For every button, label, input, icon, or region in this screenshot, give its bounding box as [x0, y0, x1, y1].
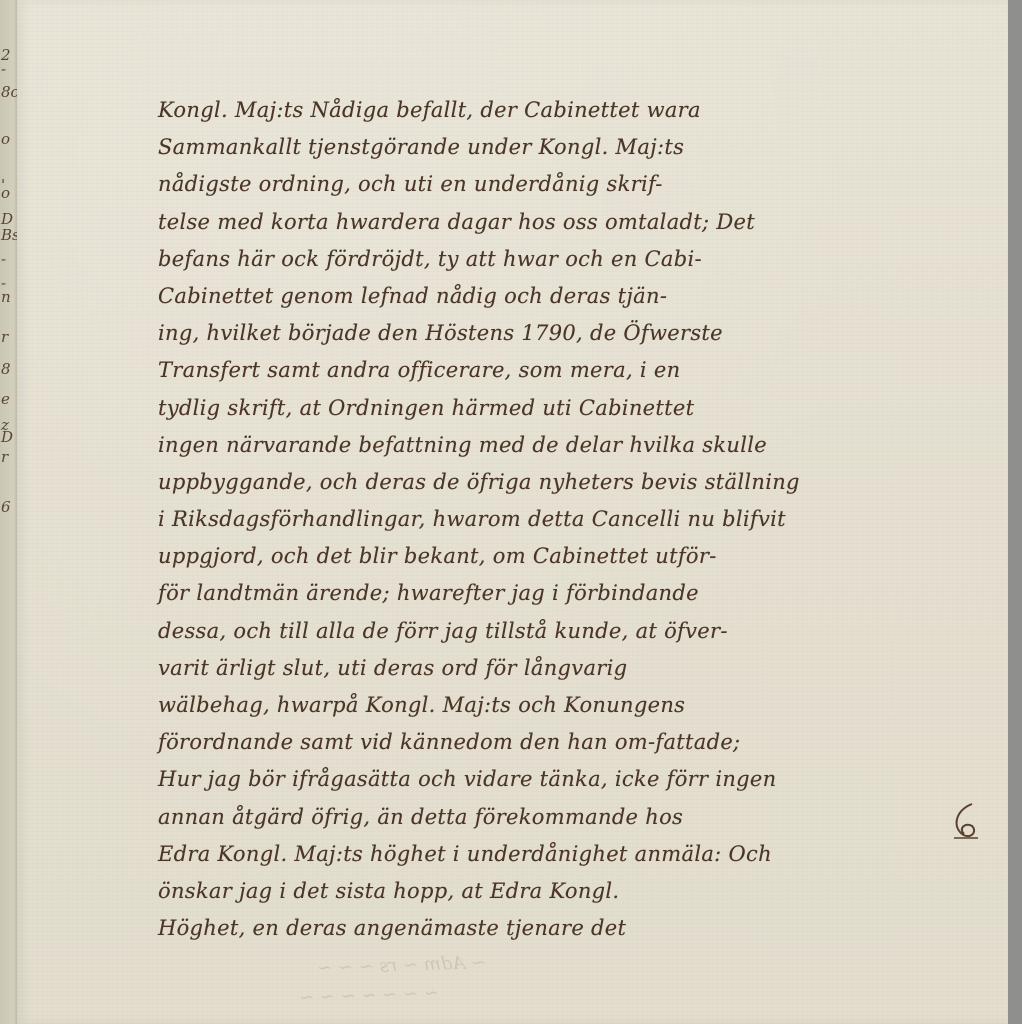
end-flourish-icon — [950, 800, 980, 840]
margin-fragment: - — [1, 62, 6, 77]
margin-fragment: r — [1, 330, 8, 345]
manuscript-line: annan åtgärd öfrig, än detta förekommand… — [158, 799, 988, 836]
manuscript-line: dessa, och till alla de förr jag tillstå… — [158, 613, 988, 650]
margin-fragment: D — [1, 430, 13, 445]
handwritten-text-block: Kongl. Maj:ts Nådiga befallt, der Cabine… — [158, 92, 988, 947]
manuscript-line: ingen närvarande befattning med de delar… — [158, 427, 988, 464]
margin-fragment: e — [1, 392, 10, 407]
margin-fragment: o — [1, 186, 10, 201]
margin-fragment: r — [1, 450, 8, 465]
manuscript-line: önskar jag i det sista hopp, at Edra Kon… — [158, 873, 988, 910]
manuscript-line: befans här ock fördröjdt, ty att hwar oc… — [158, 241, 988, 278]
manuscript-line: ing, hvilket började den Höstens 1790, d… — [158, 315, 988, 352]
margin-fragment: n — [1, 290, 11, 305]
margin-fragment: 8 — [1, 362, 11, 377]
manuscript-line: nådigste ordning, och uti en underdånig … — [158, 166, 988, 203]
manuscript-line: tydlig skrift, at Ordningen härmed uti C… — [158, 390, 988, 427]
manuscript-line: Hur jag bör ifrågasätta och vidare tänka… — [158, 761, 988, 798]
manuscript-line: Edra Kongl. Maj:ts höghet i underdånighe… — [158, 836, 988, 873]
manuscript-line: varit ärligt slut, uti deras ord för lån… — [158, 650, 988, 687]
adjacent-page-edge: 2 - 8o o ' o D Bs - - n r 8 e z D r 6 — [0, 0, 17, 1024]
manuscript-line: för landtmän ärende; hwarefter jag i för… — [158, 575, 988, 612]
margin-fragment: o — [1, 132, 10, 147]
margin-fragment: Bs — [1, 228, 17, 243]
manuscript-line: Kongl. Maj:ts Nådiga befallt, der Cabine… — [158, 92, 988, 129]
manuscript-line: wälbehag, hwarpå Kongl. Maj:ts och Konun… — [158, 687, 988, 724]
margin-fragment: - — [1, 252, 6, 267]
manuscript-line: Höghet, en deras angenämaste tjenare det — [158, 910, 988, 947]
manuscript-line: Cabinettet genom lefnad nådig och deras … — [158, 278, 988, 315]
manuscript-line: Sammankallt tjenstgörande under Kongl. M… — [158, 129, 988, 166]
margin-fragment: D — [1, 212, 13, 227]
manuscript-line: Transfert samt andra officerare, som mer… — [158, 352, 988, 389]
manuscript-line: i Riksdagsförhandlingar, hwarom detta Ca… — [158, 501, 988, 538]
manuscript-line: uppbyggande, och deras de öfriga nyheter… — [158, 464, 988, 501]
margin-fragment: 6 — [1, 500, 11, 515]
bleed-through-text: ~ Adm ~ rs ~ ~ ~ — [317, 952, 487, 979]
manuscript-line: telse med korta hwardera dagar hos oss o… — [158, 204, 988, 241]
manuscript-line: uppgjord, och det blir bekant, om Cabine… — [158, 538, 988, 575]
margin-fragment: 8o — [1, 85, 17, 100]
scan-background-edge — [1008, 0, 1022, 1024]
manuscript-scan: 2 - 8o o ' o D Bs - - n r 8 e z D r 6 ~ … — [0, 0, 1022, 1024]
bleed-through-text: ~ ~ ~ ~ ~ ~ ~ — [299, 983, 440, 1009]
manuscript-line: förordnande samt vid kännedom den han om… — [158, 724, 988, 761]
